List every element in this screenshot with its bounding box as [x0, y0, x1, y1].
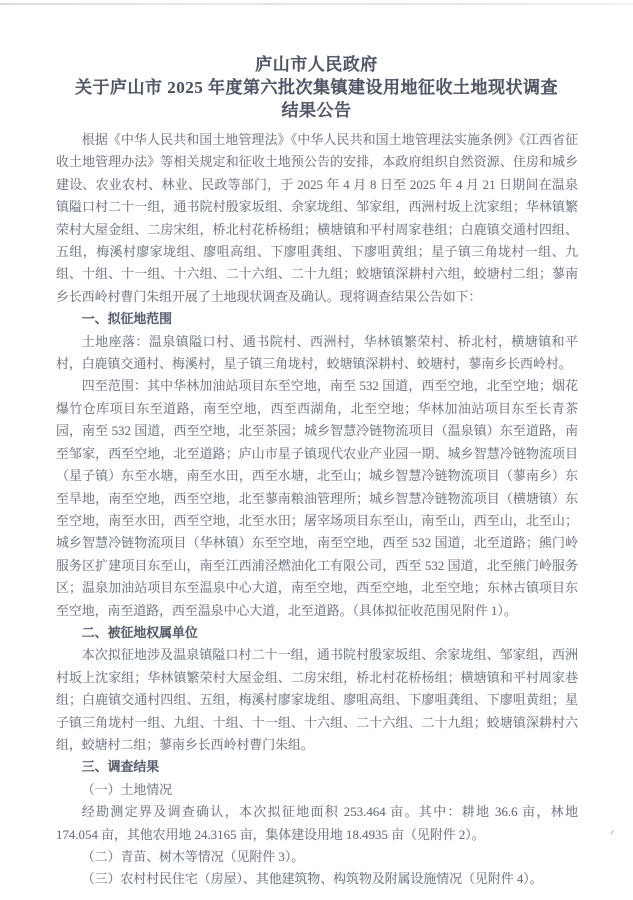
- section-3-heading: 三、调查结果: [56, 756, 578, 778]
- document-body: 根据《中华人民共和国土地管理法》《中华人民共和国土地管理法实施条例》《江西省征收…: [56, 129, 578, 891]
- section-3-subheading-3: （三）农村村民住宅（房屋）、其他建筑物、构筑物及附属设施情况（见附件 4）。: [56, 868, 578, 890]
- scanned-document-page: 庐山市人民政府 关于庐山市 2025 年度第六批次集镇建设用地征收土地现状调查 …: [0, 0, 633, 900]
- section-1-paragraph-2: 四至范围：其中华林加油站项目东至空地，南至 532 国道，西至空地，北至空地；烟…: [56, 375, 578, 621]
- section-2-heading: 二、被征地权属单位: [56, 622, 578, 644]
- section-3-paragraph-1: 经勘测定界及调查确认，本次拟征地面积 253.464 亩。其中：耕地 36.6 …: [56, 801, 578, 846]
- title-line-2: 关于庐山市 2025 年度第六批次集镇建设用地征收土地现状调查: [0, 76, 633, 99]
- section-2-paragraph-1: 本次拟征地涉及温泉镇隘口村二十一组，通书院村殷家坂组、余家垅组、邹家组，西洲村坂…: [56, 644, 578, 756]
- section-3-subheading-1: （一）土地情况: [56, 779, 578, 801]
- document-title: 庐山市人民政府 关于庐山市 2025 年度第六批次集镇建设用地征收土地现状调查 …: [0, 0, 633, 122]
- section-3-subheading-2: （二）青苗、树木等情况（见附件 3）。: [56, 846, 578, 868]
- section-1-heading: 一、拟征地范围: [56, 308, 578, 330]
- title-line-1: 庐山市人民政府: [0, 53, 633, 76]
- scan-artifact-line: [0, 3, 633, 5]
- title-line-3: 结果公告: [0, 99, 633, 122]
- scan-artifact-red-mark: [607, 828, 614, 835]
- section-1-paragraph-1: 土地座落：温泉镇隘口村、通书院村、西洲村，华林镇繁荣村、桥北村，横塘镇和平村，白…: [56, 331, 578, 376]
- intro-paragraph: 根据《中华人民共和国土地管理法》《中华人民共和国土地管理法实施条例》《江西省征收…: [56, 129, 578, 308]
